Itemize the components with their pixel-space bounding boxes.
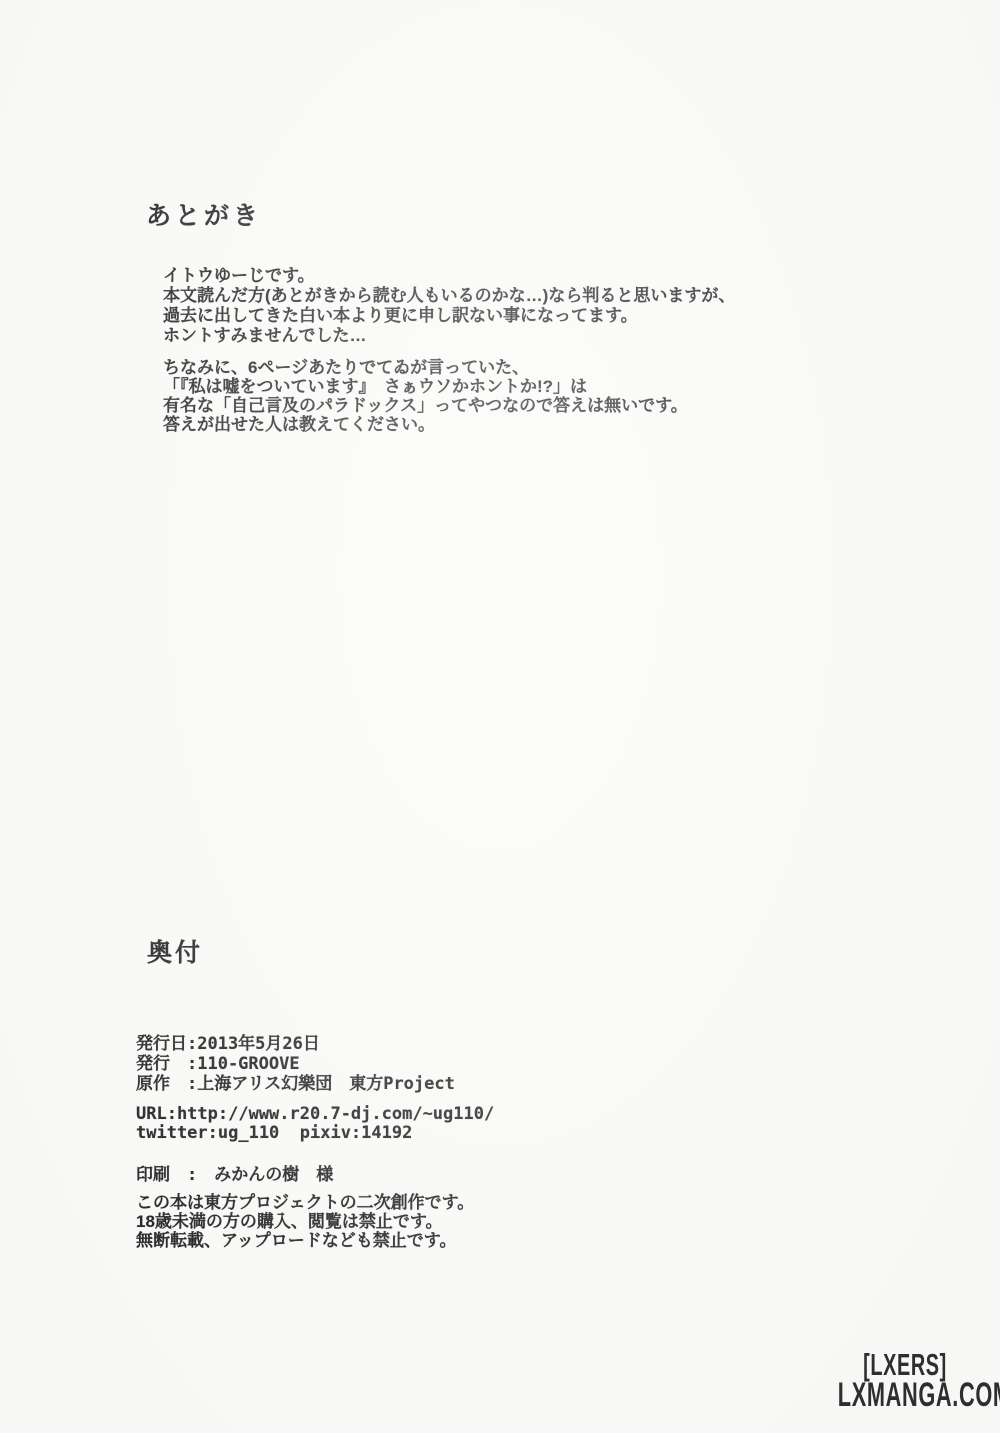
text-line: 過去に出してきた白い本より更に申し訳ない事になってます。 — [163, 306, 735, 326]
legal-notice-block: この本は東方プロジェクトの二次創作です。 18歳未満の方の購入、閲覧は禁止です。… — [136, 1193, 474, 1250]
printer-line: 印刷 : みかんの樹 様 — [136, 1160, 333, 1185]
publication-date-line: 発行日:2013年5月26日 — [136, 1034, 455, 1054]
social-accounts-line: twitter:ug_110 pixiv:14192 — [136, 1124, 494, 1143]
no-reupload-notice-line: 無断転載、アップロードなども禁止です。 — [136, 1231, 474, 1250]
text-line: イトウゆーじです。 — [163, 266, 735, 286]
afterword-heading: あとがき — [146, 196, 262, 232]
text-line: 印刷 : みかんの樹 様 — [136, 1160, 333, 1185]
text-line: ちなみに、6ページあたりでてゐが言っていた、 — [163, 358, 688, 377]
text-line: 本文読んだ方(あとがきから読む人もいるのかな…)なら判ると思いますが、 — [163, 286, 735, 306]
watermark-site-name: LXMANGA.COM — [838, 1380, 972, 1410]
colophon-heading: 奥付 — [147, 933, 203, 969]
url-line: URL:http://www.r20.7-dj.com/~ug110/ — [136, 1105, 494, 1124]
text-line: ホントすみませんでした… — [163, 326, 735, 346]
scanned-doujin-afterword-page: あとがき イトウゆーじです。 本文読んだ方(あとがきから読む人もいるのかな…)な… — [0, 0, 1000, 1433]
text-line: 答えが出せた人は教えてください。 — [163, 415, 688, 434]
colophon-contact-block: URL:http://www.r20.7-dj.com/~ug110/ twit… — [136, 1105, 494, 1143]
scanlation-watermark: [LXERS] LXMANGA.COM — [800, 1350, 1000, 1410]
text-line: 「『私は嘘をついています』 さぁウソかホントか!?」は — [163, 377, 688, 396]
colophon-publication-block: 発行日:2013年5月26日 発行 :110-GROOVE 原作 :上海アリス幻… — [136, 1034, 455, 1094]
age-restriction-notice-line: 18歳未満の方の購入、閲覧は禁止です。 — [136, 1212, 474, 1231]
text-line: 有名な「自己言及のパラドックス」ってやつなので答えは無いです。 — [163, 396, 688, 415]
afterword-paragraph-2: ちなみに、6ページあたりでてゐが言っていた、 「『私は嘘をついています』 さぁウ… — [163, 358, 688, 434]
original-work-line: 原作 :上海アリス幻樂団 東方Project — [136, 1074, 455, 1094]
derivative-work-notice-line: この本は東方プロジェクトの二次創作です。 — [136, 1193, 474, 1212]
publisher-line: 発行 :110-GROOVE — [136, 1054, 455, 1074]
afterword-paragraph-1: イトウゆーじです。 本文読んだ方(あとがきから読む人もいるのかな…)なら判ると思… — [163, 266, 735, 346]
